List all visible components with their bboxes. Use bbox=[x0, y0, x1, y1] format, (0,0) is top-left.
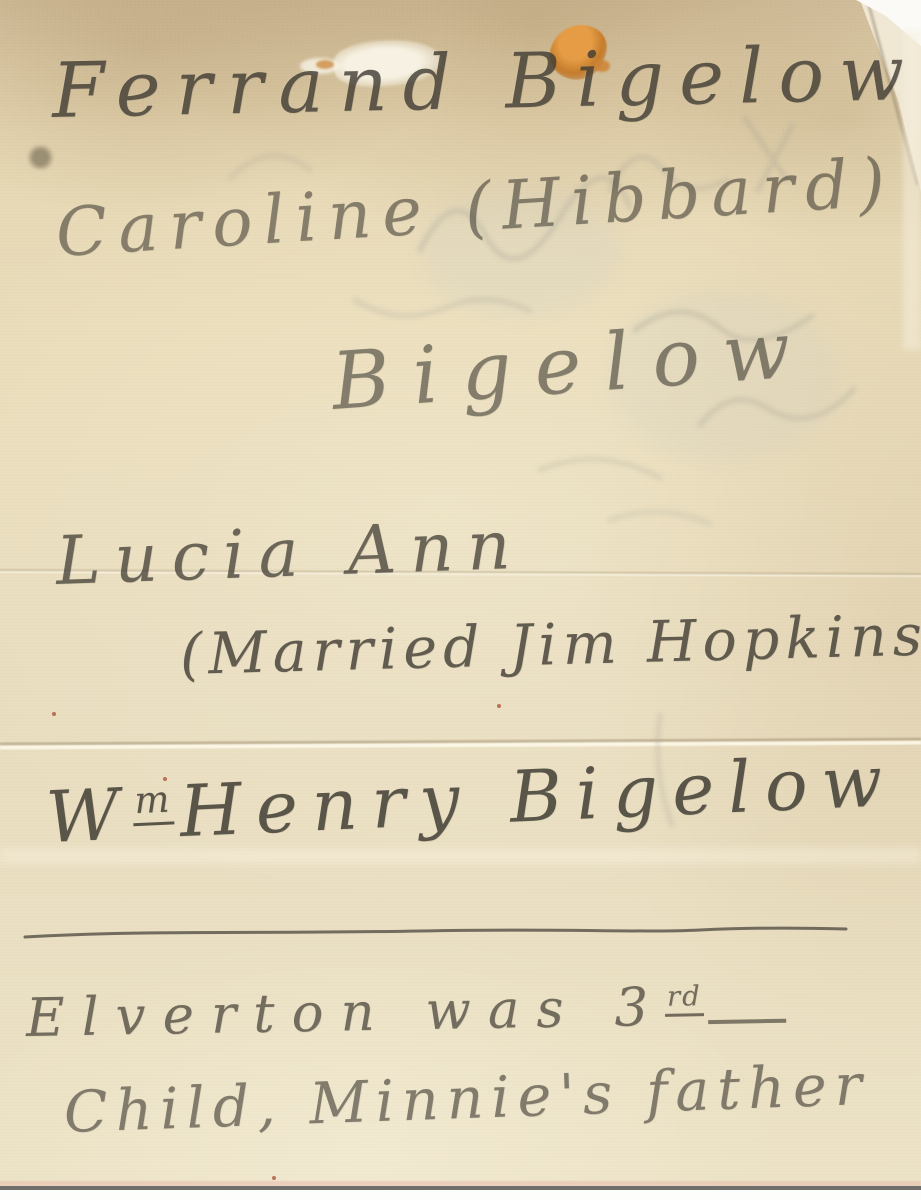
scan-edge-white bbox=[0, 1190, 921, 1200]
handwriting-layer: Ferrand Bigelow Caroline (Hibbard) Bigel… bbox=[0, 0, 921, 1200]
elverton-prefix: Elverton was 3 bbox=[25, 977, 665, 1049]
underline-flourish bbox=[708, 990, 787, 1024]
scanned-note: Ferrand Bigelow Caroline (Hibbard) Bigel… bbox=[0, 0, 921, 1200]
elverton-superscript: rd bbox=[665, 981, 704, 1018]
